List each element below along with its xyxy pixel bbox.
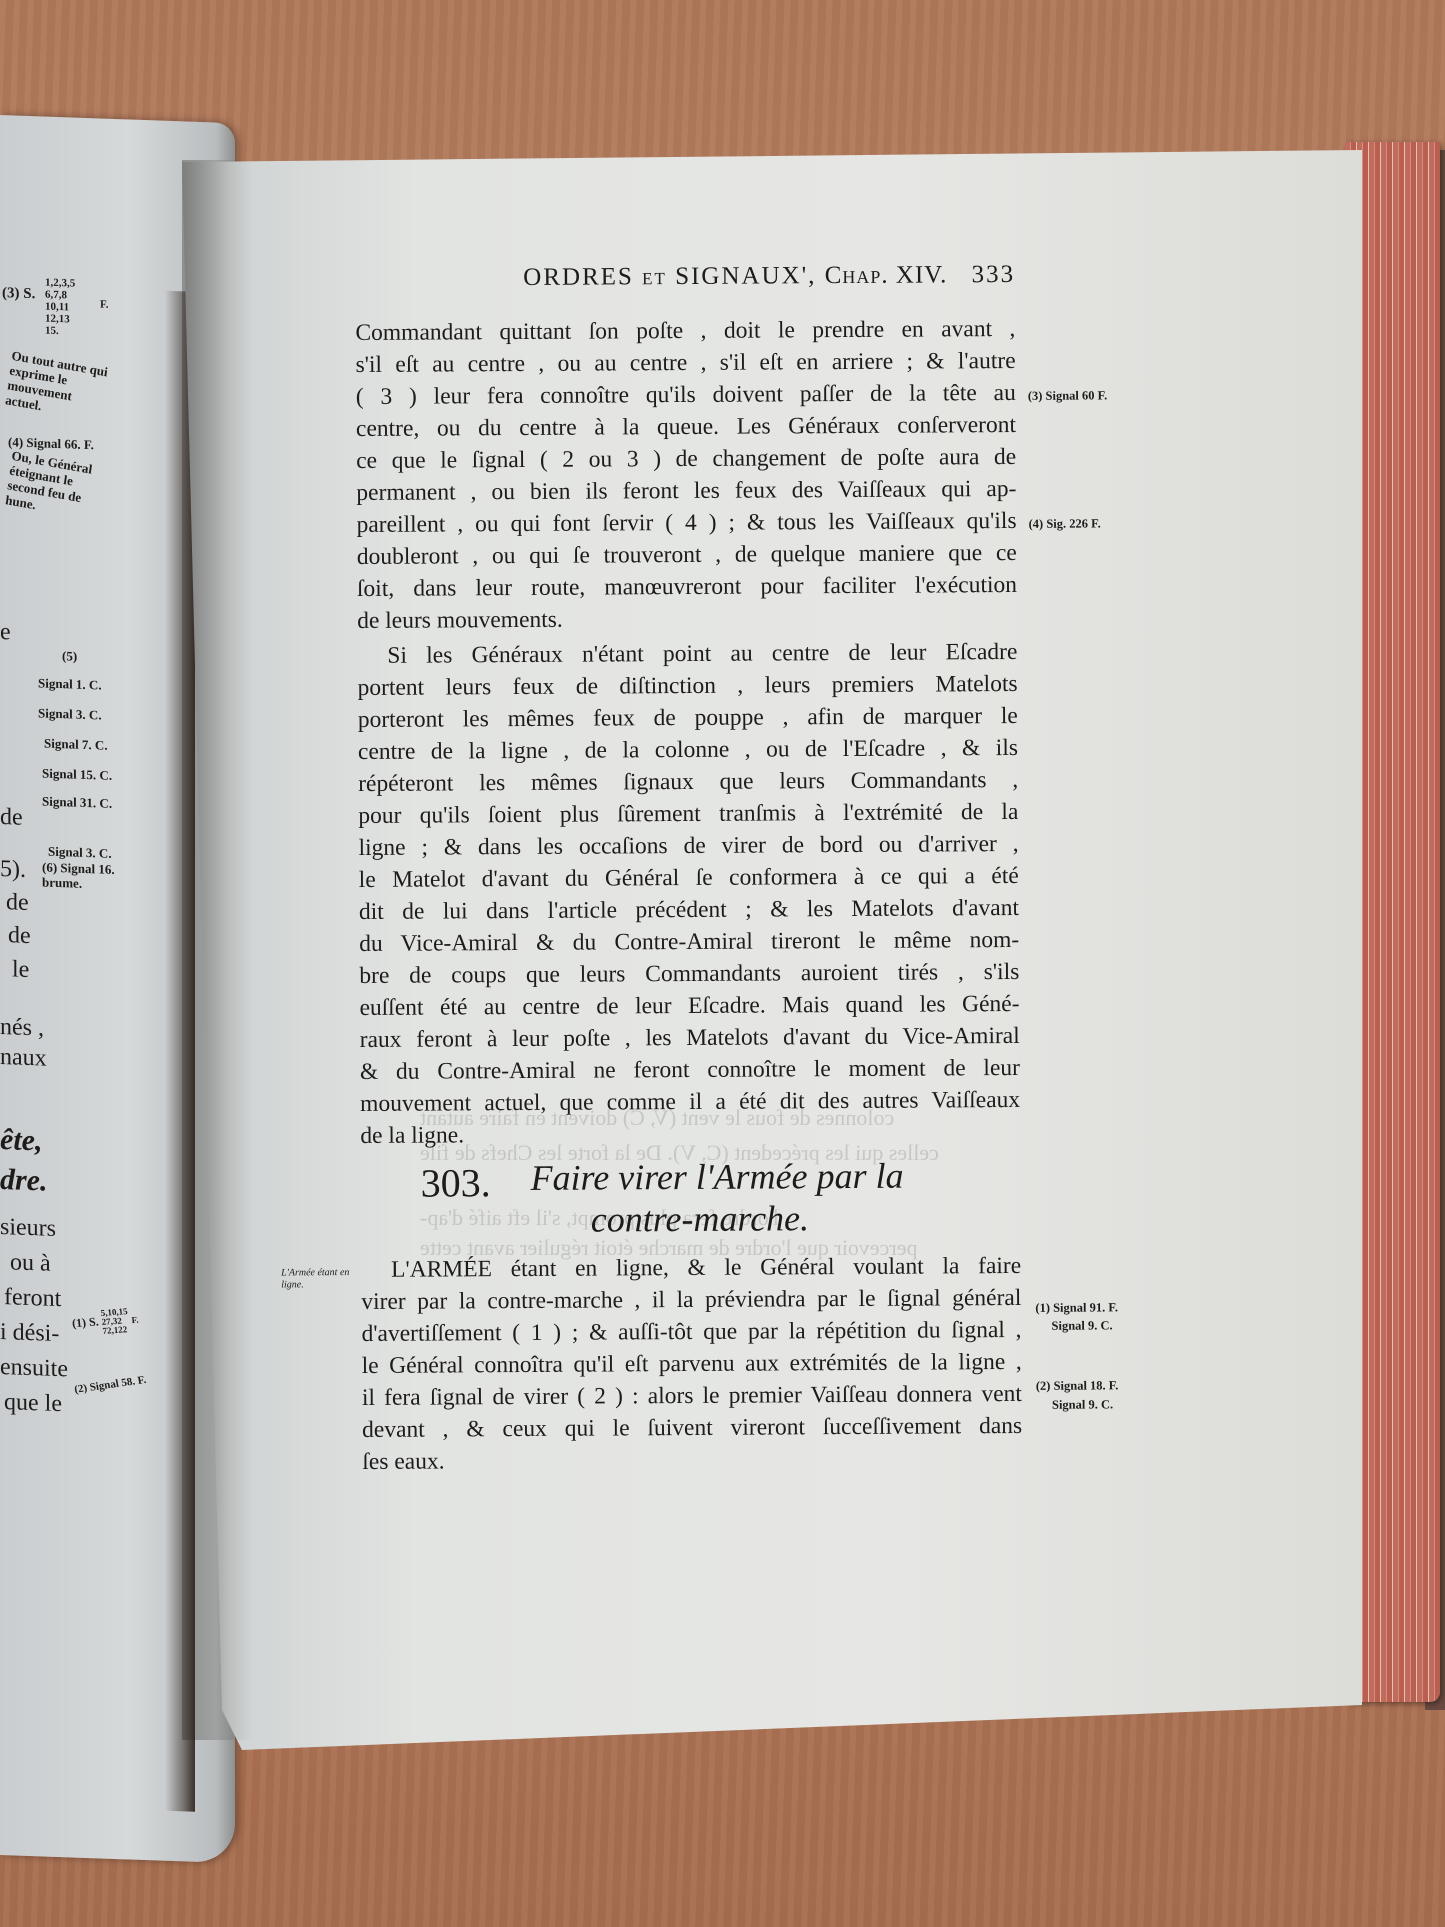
- running-head-title-2: SIGNAUX',: [675, 262, 816, 290]
- left-note-signal-31c: Signal 31. C.: [42, 794, 112, 811]
- text-line: porteront les mêmes feux de pouppe , afi…: [358, 703, 1018, 734]
- text-line: Commandant quittant ſon poſte , doit le …: [355, 316, 1015, 347]
- left-fragment: ou à: [10, 1250, 51, 1275]
- text-line: doubleront , ou qui ſe trouveront , de q…: [357, 540, 1017, 571]
- left-note-general-eteignant: Ou, le Général éteignant le second feu d…: [4, 449, 111, 525]
- section-title-line-1: Faire virer l'Armée par la: [530, 1155, 903, 1199]
- left-fragment: 5).: [0, 857, 26, 882]
- text-line: L'ARMÉE étant en ligne, & le Général vou…: [391, 1253, 1021, 1284]
- text-line: le Général connoîtra qu'il eſt parvenu a…: [362, 1349, 1022, 1380]
- left-fragment-italic: ête,: [0, 1125, 42, 1156]
- left-fragment: naux: [0, 1045, 47, 1071]
- text-line: virer par la contre-marche , il la prévi…: [361, 1285, 1021, 1316]
- section-title-line-2: contre-marche.: [591, 1197, 810, 1240]
- margin-note-armee-en-ligne: L'Armée étant en ligne.: [281, 1267, 356, 1291]
- left-fragment: nés ,: [0, 1015, 44, 1041]
- text-line: raux feront à leur poſte , les Matelots …: [360, 1023, 1020, 1054]
- text-line: devant , & ceux qui le ſuivent vireront …: [362, 1413, 1022, 1444]
- left-fragment: ensuite: [0, 1355, 68, 1381]
- section-number: 303.: [420, 1159, 490, 1206]
- left-note-signal-1c: Signal 1. C.: [38, 676, 102, 693]
- running-head-connector: ET: [642, 269, 667, 288]
- text-line: dit de lui dans l'article précédent ; & …: [359, 895, 1019, 926]
- left-fragment: de: [6, 890, 29, 915]
- left-brace-note-1: (1) S. 5,10,15 27,32 72,122 F.: [71, 1306, 140, 1338]
- left-note-5: (5): [62, 649, 77, 664]
- left-fragment-italic: dre.: [0, 1165, 48, 1197]
- left-fragment: sieurs: [0, 1215, 56, 1241]
- text-line: ce que le ſignal ( 2 ou 3 ) de changemen…: [356, 444, 1016, 475]
- text-line: répéteront les mêmes ſignaux que leurs C…: [358, 767, 1018, 798]
- left-margin-brace-note-3: (3) S.: [2, 285, 35, 303]
- page-number: 333: [971, 261, 1015, 288]
- text-line: pour qu'ils ſoient plus ſûrement tranſmi…: [358, 799, 1018, 830]
- margin-note-signal-60: (3) Signal 60 F.: [1028, 388, 1108, 403]
- margin-note-signal-91: (1) Signal 91. F.: [1035, 1300, 1118, 1316]
- text-line: d'avertiſſement ( 1 ) ; & auſſi-tôt que …: [361, 1317, 1021, 1348]
- left-brace-values-3: 1,2,3,5 6,7,8 10,11 12,13 15.: [45, 277, 75, 339]
- text-line: centre de la ligne , de la colonne , ou …: [358, 735, 1018, 766]
- right-page-gutter-shadow: [182, 160, 252, 1740]
- text-line: bre de coups que leurs Commandants auroi…: [359, 959, 1019, 990]
- running-head-chapter: Chap. XIV.: [825, 261, 948, 289]
- running-head-title: ORDRES: [523, 263, 634, 291]
- left-fragment: de: [8, 923, 31, 948]
- running-head: ORDRES ET SIGNAUX', Chap. XIV. 333: [415, 261, 1015, 293]
- left-fragment: de: [0, 805, 23, 830]
- left-fragment: i dési-: [0, 1320, 59, 1346]
- text-line: Si les Généraux n'étant point au centre …: [387, 639, 1017, 670]
- text-line: s'il eſt au centre , ou au centre , s'il…: [356, 348, 1016, 379]
- left-fragment: e: [0, 620, 11, 644]
- text-line: mouvement actuel, que comme il a été dit…: [360, 1087, 1020, 1118]
- margin-note-signal-9c: Signal 9. C.: [1051, 1318, 1112, 1333]
- left-note-signal-16-brume: (6) Signal 16. brume.: [42, 860, 132, 893]
- text-line: le Matelot d'avant du Général ſe conform…: [359, 863, 1019, 894]
- left-brace-suffix: F.: [100, 298, 108, 311]
- text-line: & du Contre-Amiral ne feront connoître l…: [360, 1055, 1020, 1086]
- left-fragment: que le: [4, 1390, 62, 1416]
- text-line: centre, ou du centre à la queue. Les Gén…: [356, 412, 1016, 443]
- margin-note-signal-18: (2) Signal 18. F.: [1036, 1378, 1119, 1394]
- left-fragment: feront: [4, 1285, 61, 1311]
- text-line: de la ligne.: [360, 1119, 1020, 1150]
- text-line: ligne ; & dans les occaſions de virer de…: [358, 831, 1018, 862]
- left-note-signal-3c: Signal 3. C.: [38, 706, 102, 723]
- left-note-signal-58: (2) Signal 58. F.: [73, 1374, 147, 1397]
- text-line: ſoit, dans leur route, manœuvreront pour…: [357, 572, 1017, 603]
- text-line: du Vice-Amiral & du Contre-Amiral tirero…: [359, 927, 1019, 958]
- left-note-tout-autre: Ou tout autre qui exprime le mouvement a…: [4, 349, 111, 425]
- text-line: permanent , ou bien ils feront les feux …: [356, 476, 1016, 507]
- left-fragment: le: [12, 957, 29, 982]
- margin-note-sig-226: (4) Sig. 226 F.: [1029, 516, 1101, 531]
- margin-note-signal-9c-b: Signal 9. C.: [1052, 1397, 1113, 1412]
- text-line: ( 3 ) leur fera connoître qu'ils doivent…: [356, 380, 1016, 411]
- text-line: de leurs mouvements.: [357, 604, 1017, 635]
- text-line: ſes eaux.: [362, 1445, 1022, 1476]
- text-line: il fera ſignal de virer ( 2 ) : alors le…: [362, 1381, 1022, 1412]
- left-note-signal-15c: Signal 15. C.: [42, 766, 112, 783]
- text-line: pareillent , ou qui font ſervir ( 4 ) ; …: [357, 508, 1017, 539]
- text-line: euſſent été au centre de leur Eſcadre. M…: [359, 991, 1019, 1022]
- left-note-signal-7c: Signal 7. C.: [44, 737, 108, 754]
- text-line: portent leurs feux de diſtinction , leur…: [358, 671, 1018, 702]
